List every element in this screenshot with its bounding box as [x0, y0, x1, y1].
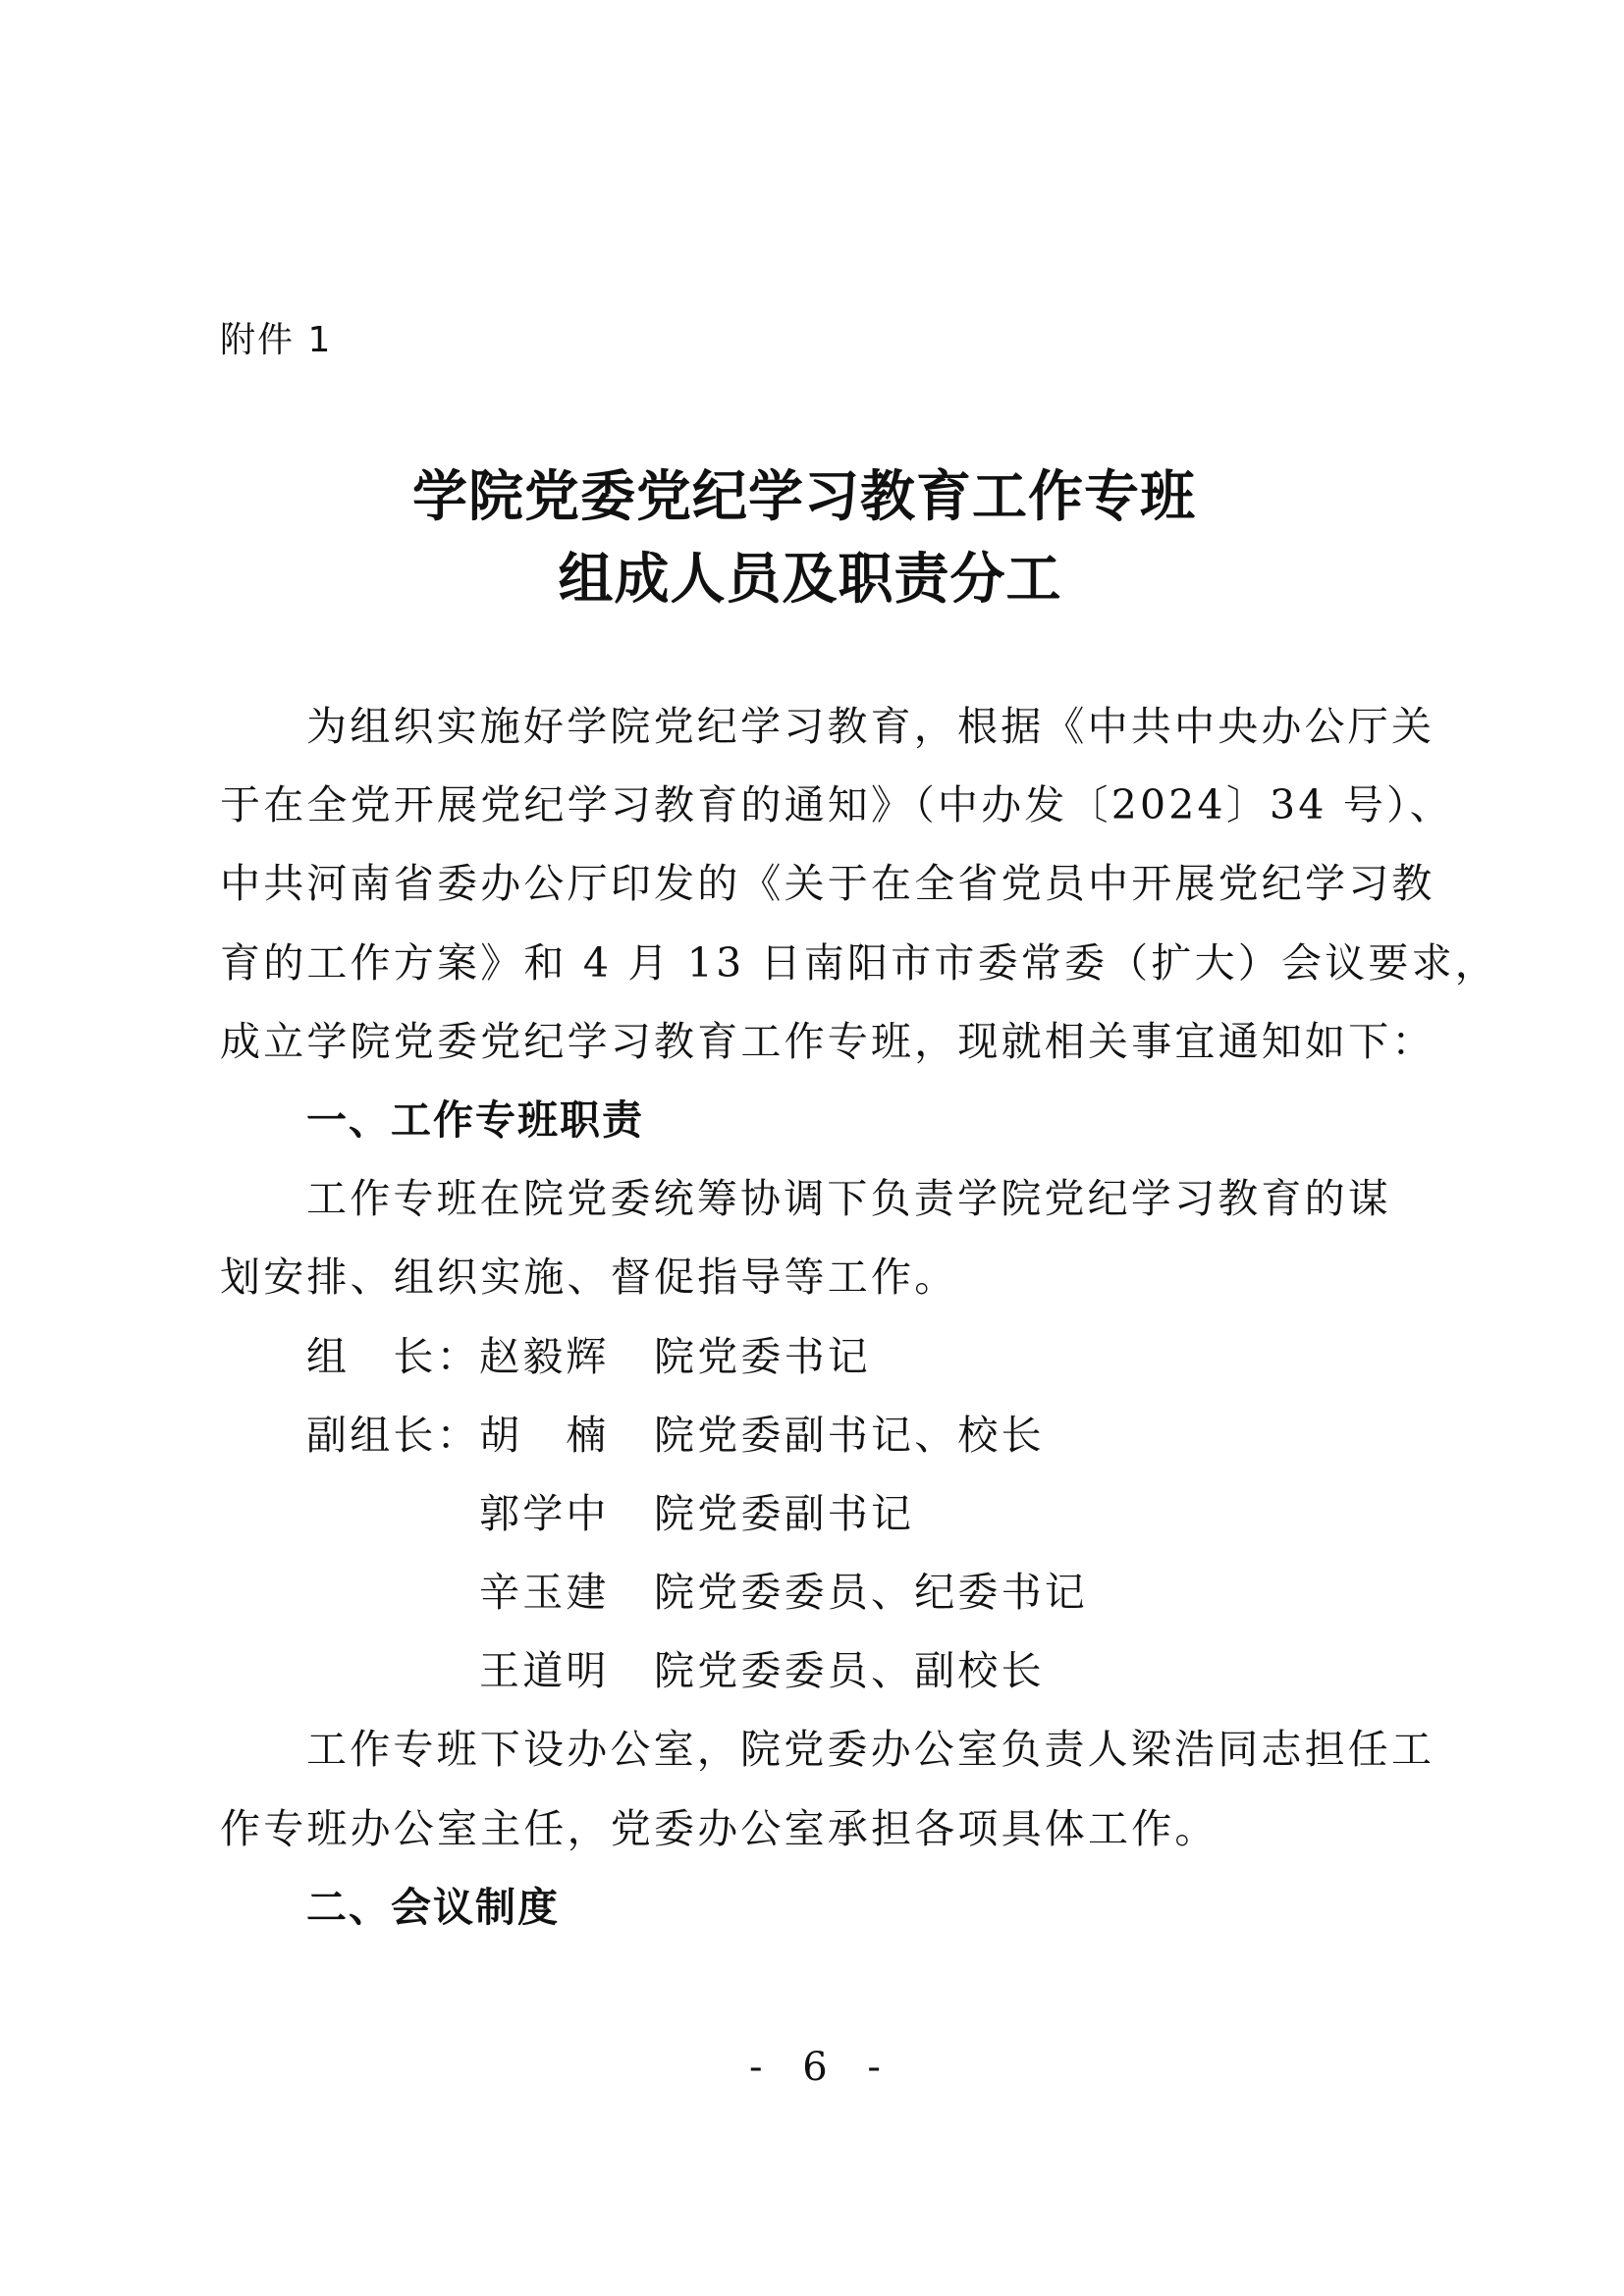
- intro-line: 中共河南省委办公厅印发的《关于在全省党员中开展党纪学习教: [220, 844, 1434, 923]
- member-name: 郭学中: [479, 1474, 654, 1553]
- document-title-line-1: 学院党委党纪学习教育工作专班: [0, 454, 1616, 532]
- member-name: 赵毅辉: [479, 1317, 654, 1396]
- member-position: 院党委副书记、校长: [654, 1396, 1045, 1474]
- intro-line: 为组织实施好学院党纪学习教育，根据《中共中央办公厅关: [220, 687, 1434, 766]
- member-row-deputy: 王道明 院党委委员、副校长: [220, 1631, 1434, 1710]
- member-role: 副组长：: [220, 1396, 479, 1474]
- section1-para-line: 工作专班在院党委统筹协调下负责学院党纪学习教育的谋: [220, 1159, 1434, 1238]
- section-heading-2: 二、会议制度: [220, 1868, 1434, 1947]
- member-role: 组 长：: [220, 1317, 479, 1396]
- document-body: 为组织实施好学院党纪学习教育，根据《中共中央办公厅关 于在全党开展党纪学习教育的…: [220, 687, 1434, 1947]
- member-position: 院党委委员、副校长: [654, 1631, 1045, 1710]
- member-row-deputy: 副组长： 胡 楠 院党委副书记、校长: [220, 1396, 1434, 1474]
- member-position: 院党委委员、纪委书记: [654, 1553, 1088, 1631]
- intro-line: 育的工作方案》和 4 月 13 日南阳市市委常委（扩大）会议要求，: [220, 924, 1434, 1002]
- member-role: [220, 1474, 479, 1553]
- member-role: [220, 1553, 479, 1631]
- office-para-line: 工作专班下设办公室，院党委办公室负责人梁浩同志担任工: [220, 1710, 1434, 1789]
- member-row-leader: 组 长： 赵毅辉 院党委书记: [220, 1317, 1434, 1396]
- office-para-line: 作专班办公室主任，党委办公室承担各项具体工作。: [220, 1789, 1434, 1868]
- document-page: 附件 1 学院党委党纪学习教育工作专班 组成人员及职责分工 为组织实施好学院党纪…: [0, 0, 1624, 2296]
- member-name: 辛玉建: [479, 1553, 654, 1631]
- intro-line: 成立学院党委党纪学习教育工作专班，现就相关事宜通知如下：: [220, 1002, 1434, 1081]
- member-row-deputy: 辛玉建 院党委委员、纪委书记: [220, 1553, 1434, 1631]
- member-position: 院党委副书记: [654, 1474, 914, 1553]
- intro-line: 于在全党开展党纪学习教育的通知》（中办发〔2024〕34 号）、: [220, 766, 1434, 844]
- page-number: - 6 -: [0, 2045, 1624, 2090]
- member-row-deputy: 郭学中 院党委副书记: [220, 1474, 1434, 1553]
- section1-para-line: 划安排、组织实施、督促指导等工作。: [220, 1238, 1434, 1316]
- member-role: [220, 1631, 479, 1710]
- member-name: 胡 楠: [479, 1396, 654, 1474]
- member-name: 王道明: [479, 1631, 654, 1710]
- member-position: 院党委书记: [654, 1317, 871, 1396]
- section-heading-1: 一、工作专班职责: [220, 1081, 1434, 1159]
- document-title-line-2: 组成人员及职责分工: [0, 536, 1622, 614]
- attachment-label: 附件 1: [220, 312, 332, 362]
